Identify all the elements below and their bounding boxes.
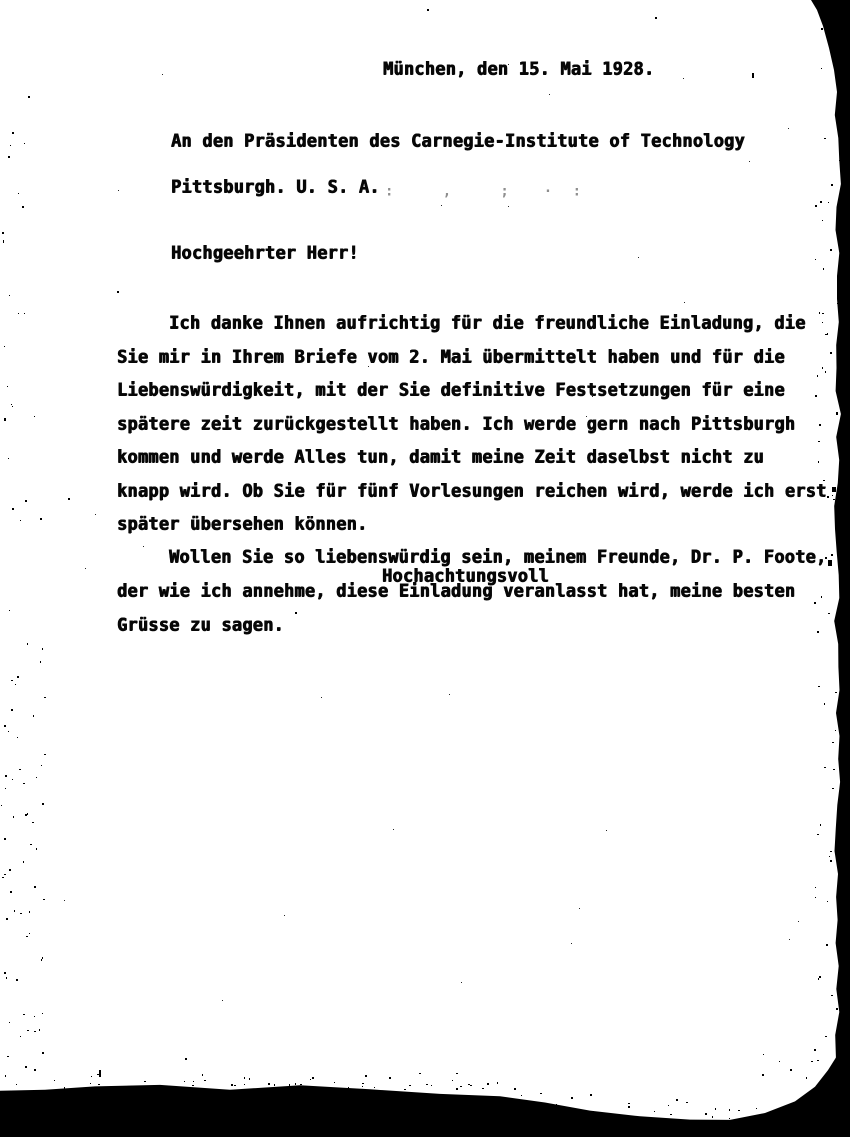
speckle <box>99 1070 101 1077</box>
speckle <box>763 1054 764 1055</box>
speckle <box>36 848 37 850</box>
speckle <box>284 915 285 916</box>
speckle <box>34 1069 36 1071</box>
speckle <box>571 1097 573 1099</box>
speckle <box>824 767 826 768</box>
speckle <box>654 1111 655 1112</box>
speckle <box>262 1090 264 1092</box>
speckle <box>838 200 840 201</box>
speckle <box>628 1103 630 1104</box>
speckle <box>827 901 828 902</box>
speckle <box>311 1095 312 1096</box>
speckle <box>8 458 9 459</box>
speckle <box>431 1085 432 1086</box>
speckle <box>762 1074 764 1076</box>
speckle <box>4 874 6 875</box>
speckle <box>312 1077 314 1079</box>
speckle <box>839 536 841 537</box>
speckle <box>825 334 827 335</box>
speckle <box>461 982 462 983</box>
speckle <box>754 1123 755 1125</box>
speckle <box>832 487 836 492</box>
speckle <box>815 205 817 207</box>
ghost-punctuation-marks: : , ; · : <box>385 184 587 198</box>
speckle <box>790 1069 792 1071</box>
speckle <box>817 631 819 633</box>
speckle <box>715 1108 716 1110</box>
speckle <box>832 788 834 789</box>
speckle <box>10 891 12 893</box>
speckle <box>521 1106 522 1107</box>
speckle <box>19 1092 21 1093</box>
speckle <box>185 1058 187 1060</box>
speckle <box>29 911 30 913</box>
speckle <box>99 1076 101 1077</box>
speckle <box>11 680 13 681</box>
speckle <box>756 1108 757 1109</box>
recipient-line-1: An den Präsidenten des Carnegie-Institut… <box>171 133 745 151</box>
speckle <box>34 1016 35 1017</box>
speckle <box>828 202 829 203</box>
speckle <box>222 1000 223 1001</box>
speckle <box>231 1084 233 1086</box>
speckle <box>839 561 841 562</box>
speckle <box>838 998 839 1000</box>
speckle <box>836 412 838 415</box>
speckle <box>822 367 823 369</box>
speckle <box>244 1084 245 1085</box>
speckle <box>811 1061 813 1062</box>
speckle <box>525 1107 527 1109</box>
speckle <box>234 1085 236 1086</box>
body-line: spätere zeit zurückgestellt haben. Ich w… <box>117 416 795 434</box>
speckle <box>25 500 27 502</box>
speckle <box>830 249 832 251</box>
speckle <box>28 96 30 98</box>
speckle <box>389 1077 391 1079</box>
speckle <box>840 1060 841 1062</box>
speckle <box>23 783 25 784</box>
scan-bottom-edge-band <box>0 1043 850 1137</box>
speckle <box>16 979 18 981</box>
speckle <box>6 977 7 979</box>
speckle <box>20 1036 21 1037</box>
speckle <box>839 160 840 161</box>
speckle <box>43 899 45 900</box>
speckle <box>427 9 429 11</box>
speckle <box>64 1087 65 1089</box>
speckle <box>819 424 821 426</box>
speckle <box>828 27 830 28</box>
speckle <box>404 1089 406 1090</box>
speckle <box>27 813 28 815</box>
speckle <box>23 861 24 863</box>
speckle <box>17 737 18 738</box>
speckle <box>258 1089 259 1091</box>
speckle <box>815 887 816 888</box>
speckle <box>683 78 684 79</box>
speckle <box>90 1083 91 1084</box>
speckle <box>456 1073 458 1074</box>
body-line: Ich danke Ihnen aufrichtig für die freun… <box>169 315 806 333</box>
speckle <box>4 418 6 421</box>
speckle <box>300 1088 302 1089</box>
speckle <box>42 1013 43 1014</box>
speckle <box>819 312 820 314</box>
speckle <box>362 1086 363 1087</box>
speckle <box>514 1088 516 1090</box>
speckle <box>128 1087 130 1089</box>
speckle <box>540 1093 542 1094</box>
speckle <box>818 686 820 687</box>
speckle <box>729 1118 730 1119</box>
speckle <box>39 1029 40 1031</box>
speckle <box>579 908 580 909</box>
speckle <box>836 57 838 59</box>
speckle <box>5 1075 6 1077</box>
speckle <box>12 779 13 780</box>
body-line: Liebenswürdigkeit, mit der Sie definitiv… <box>117 382 785 400</box>
speckle <box>825 371 826 373</box>
speckle <box>192 1085 194 1086</box>
speckle <box>10 145 11 146</box>
speckle <box>64 900 65 901</box>
body-line: der wie ich annehme, diese Einladung ver… <box>117 583 795 601</box>
speckle <box>9 869 11 871</box>
speckle <box>193 1081 194 1082</box>
speckle <box>25 814 27 816</box>
speckle <box>628 1106 630 1108</box>
speckle <box>670 1114 672 1115</box>
speckle <box>818 978 819 980</box>
speckle <box>838 501 840 502</box>
speckle <box>9 1022 10 1023</box>
speckle <box>354 1090 356 1092</box>
speckle <box>4 838 6 840</box>
speckle <box>18 193 19 194</box>
speckle <box>470 1085 472 1086</box>
speckle <box>202 1074 203 1076</box>
speckle <box>460 1086 462 1087</box>
speckle <box>838 385 840 389</box>
speckle <box>54 1080 55 1081</box>
speckle <box>1 805 2 806</box>
speckle <box>143 546 144 547</box>
speckle <box>95 514 96 515</box>
speckle <box>41 765 42 766</box>
speckle <box>3 240 4 243</box>
speckle <box>820 201 822 203</box>
body-line: Wollen Sie so liebenswürdig sein, meinem… <box>169 549 826 567</box>
speckle <box>549 94 550 95</box>
speckle <box>32 822 34 823</box>
speckle <box>68 498 70 500</box>
speckle <box>832 742 834 743</box>
speckle <box>27 1030 29 1031</box>
speckle <box>835 692 837 693</box>
speckle <box>5 788 6 789</box>
speckle <box>749 161 750 162</box>
speckle <box>22 206 24 208</box>
speckle <box>571 943 572 944</box>
speckle <box>97 1074 99 1075</box>
speckle <box>34 886 36 888</box>
speckle <box>295 612 297 614</box>
speckle <box>482 1088 484 1089</box>
speckle <box>42 648 43 650</box>
speckle <box>729 1109 730 1111</box>
speckle <box>184 1081 185 1082</box>
body-line: Sie mir in Ihrem Briefe vom 2. Mai überm… <box>117 349 785 367</box>
speckle <box>6 918 8 920</box>
speckle <box>668 1105 669 1106</box>
speckle <box>274 1084 275 1086</box>
speckle <box>836 1008 838 1010</box>
speckle <box>839 398 840 399</box>
speckle <box>27 643 28 645</box>
speckle <box>321 697 322 698</box>
speckle <box>827 333 828 335</box>
speckle <box>300 1084 302 1085</box>
speckle <box>818 461 819 463</box>
speckle <box>5 775 7 777</box>
speckle <box>830 352 832 354</box>
speckle <box>419 1073 421 1074</box>
speckle <box>29 933 30 934</box>
speckle <box>738 1110 740 1111</box>
speckle <box>830 860 832 862</box>
speckle <box>42 803 44 805</box>
speckle <box>815 259 816 260</box>
speckle <box>827 496 829 498</box>
speckle <box>15 684 16 685</box>
speckle <box>42 957 43 959</box>
speckle <box>44 697 46 698</box>
speckle <box>456 1088 458 1090</box>
speckle <box>831 554 833 556</box>
speckle <box>831 184 833 186</box>
speckle <box>7 1056 9 1057</box>
speckle <box>34 1031 36 1032</box>
speckle <box>19 769 21 770</box>
speckle <box>205 1089 206 1091</box>
speckle <box>12 406 13 407</box>
body-line: später übersehen können. <box>117 516 367 534</box>
speckle <box>817 375 818 377</box>
speckle <box>41 959 42 961</box>
speckle <box>839 214 840 216</box>
speckle <box>4 725 6 727</box>
speckle <box>838 339 839 341</box>
speckle <box>452 1080 453 1081</box>
speckle <box>818 441 820 442</box>
salutation: Hochgeehrter Herr! <box>171 245 359 263</box>
speckle <box>2 877 4 878</box>
speckle <box>310 1079 311 1080</box>
body-line: Grüsse zu sagen. <box>117 617 284 635</box>
speckle <box>833 499 835 500</box>
speckle <box>409 1085 411 1086</box>
speckle <box>143 1095 145 1096</box>
speckle <box>521 1095 522 1096</box>
speckle <box>838 273 840 274</box>
speckle <box>118 190 119 191</box>
speckle <box>821 596 822 598</box>
speckle <box>822 322 823 323</box>
speckle <box>17 676 19 678</box>
speckle <box>824 138 826 139</box>
speckle <box>24 313 25 314</box>
speckle <box>85 568 86 569</box>
speckle <box>676 1099 678 1101</box>
speckle <box>828 613 830 614</box>
body-line: kommen und werde Alles tun, damit meine … <box>117 449 764 467</box>
speckle <box>12 508 14 510</box>
dateline: München, den 15. Mai 1928. <box>383 61 654 79</box>
speckle <box>334 1082 335 1083</box>
speckle <box>638 257 639 258</box>
speckle <box>289 1084 290 1086</box>
speckle <box>179 1087 181 1088</box>
speckle <box>362 1083 364 1084</box>
speckle <box>830 851 832 852</box>
speckle <box>16 1084 17 1085</box>
speckle <box>162 74 163 75</box>
scanned-letter-page: München, den 15. Mai 1928. An den Präsid… <box>0 0 850 1137</box>
speckle <box>487 1083 489 1085</box>
speckle <box>25 1066 27 1068</box>
speckle <box>249 1078 250 1080</box>
speckle <box>752 73 754 78</box>
speckle <box>831 995 833 996</box>
scan-right-edge-band <box>811 0 850 1137</box>
speckle <box>374 1087 375 1088</box>
speckle <box>244 1077 245 1079</box>
speckle <box>823 268 824 270</box>
speckle <box>8 156 10 158</box>
speckle <box>98 1084 100 1085</box>
speckle <box>825 1036 827 1037</box>
speckle <box>712 1116 713 1118</box>
speckle <box>815 897 816 898</box>
speckle <box>564 1110 565 1111</box>
speckle <box>4 346 5 347</box>
speckle <box>819 976 821 978</box>
speckle <box>835 730 836 731</box>
speckle <box>286 1089 288 1091</box>
speckle <box>86 1088 88 1090</box>
speckle <box>836 1064 838 1066</box>
speckle <box>23 1014 25 1015</box>
speckle <box>348 1087 349 1089</box>
speckle <box>817 1060 819 1061</box>
speckle <box>556 1104 557 1106</box>
speckle <box>7 386 8 387</box>
speckle <box>44 754 46 755</box>
speckle <box>34 416 35 417</box>
speckle <box>815 395 817 397</box>
speckle <box>833 769 835 770</box>
speckle <box>4 972 6 974</box>
body-line: knapp wird. Ob Sie für fünf Vorlesungen … <box>117 483 827 501</box>
speckle <box>33 715 34 717</box>
speckle <box>268 1083 270 1085</box>
speckle <box>814 1049 816 1051</box>
speckle <box>817 834 819 835</box>
speckle <box>365 1075 367 1077</box>
speckle <box>834 66 836 67</box>
speckle <box>91 1087 92 1088</box>
speckle <box>828 560 832 566</box>
speckle <box>91 1076 92 1077</box>
speckle <box>2 232 4 234</box>
speckle <box>821 68 822 69</box>
speckle <box>30 844 32 845</box>
speckle <box>42 1052 44 1054</box>
speckle <box>204 1080 206 1081</box>
speckle <box>18 313 19 314</box>
speckle <box>592 1111 594 1113</box>
speckle <box>828 29 829 30</box>
speckle <box>806 1077 807 1079</box>
speckle <box>468 1084 470 1085</box>
speckle <box>822 220 823 221</box>
speckle <box>820 824 821 826</box>
speckle <box>590 1094 592 1096</box>
speckle <box>798 921 799 922</box>
speckle <box>14 910 15 912</box>
speckle <box>449 694 450 695</box>
speckle <box>9 295 10 296</box>
speckle <box>393 829 394 830</box>
speckle <box>13 816 14 818</box>
speckle <box>508 206 509 207</box>
speckle <box>12 132 14 134</box>
speckle <box>837 984 838 985</box>
speckle <box>837 303 839 304</box>
speckle <box>606 830 607 831</box>
speckle <box>814 602 816 604</box>
speckle <box>8 731 9 732</box>
speckle <box>441 205 442 206</box>
speckle <box>838 1056 839 1057</box>
speckle <box>26 936 28 937</box>
speckle <box>824 703 825 705</box>
speckle <box>829 856 830 857</box>
speckle <box>295 1083 296 1085</box>
speckle <box>36 777 37 778</box>
speckle <box>20 520 21 521</box>
speckle <box>426 1084 428 1085</box>
speckle <box>821 28 823 30</box>
speckle <box>24 143 25 144</box>
speckle <box>11 709 13 711</box>
speckle <box>826 944 828 946</box>
speckle <box>684 302 685 303</box>
speckle <box>154 1087 155 1088</box>
recipient-line-2: Pittsburgh. U. S. A. <box>171 179 380 197</box>
speckle <box>144 1081 146 1082</box>
speckle <box>9 610 10 611</box>
speckle <box>779 1061 780 1062</box>
speckle <box>497 1082 498 1084</box>
speckle <box>822 313 824 314</box>
speckle <box>832 495 833 496</box>
speckle <box>789 939 790 940</box>
speckle <box>40 661 41 663</box>
speckle <box>20 913 22 914</box>
speckle <box>11 404 12 405</box>
